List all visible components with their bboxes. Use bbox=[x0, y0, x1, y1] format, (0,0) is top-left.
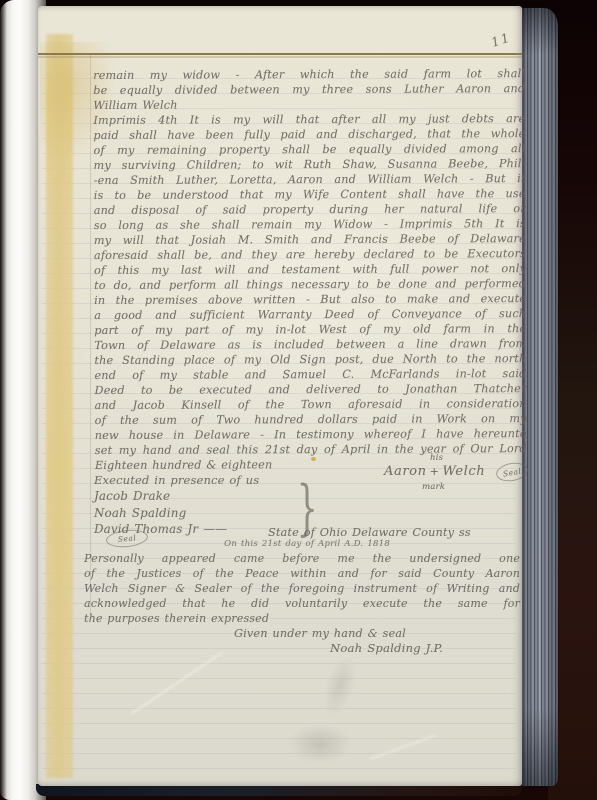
header-rule-line bbox=[38, 53, 522, 55]
his-label: his bbox=[430, 453, 443, 463]
seal-stamp: Seal bbox=[495, 460, 530, 483]
will-body-text: remain my widow - After which the said f… bbox=[93, 66, 527, 473]
jp-seal-annotation: Seal bbox=[105, 528, 149, 549]
justice-signature: Noah Spalding J.P. bbox=[330, 641, 524, 656]
ink-smudge bbox=[288, 724, 352, 764]
text-line: of the Justices of the Peace within and … bbox=[84, 566, 520, 581]
text-line: Personally appeared came before me the u… bbox=[84, 551, 520, 566]
page-number: 11 bbox=[489, 29, 513, 49]
witness-intro: Executed in presence of us bbox=[94, 472, 394, 488]
text-line: the purposes therein expressed bbox=[84, 611, 520, 626]
book-photo: 11 remain my widow - After which the sai… bbox=[0, 0, 597, 800]
signature-name: Aaron+Welch bbox=[384, 464, 485, 479]
text-line: be equally divided between my three sons… bbox=[93, 81, 525, 98]
ledger-page: 11 remain my widow - After which the sai… bbox=[38, 6, 522, 786]
jurat-venue: State of Ohio Delaware County ss bbox=[268, 526, 471, 539]
text-line: acknowledged that he did voluntarily exe… bbox=[84, 596, 520, 611]
text-line: Welch Signer & Sealer of the foregoing i… bbox=[84, 581, 520, 596]
testator-signature: his Aaron+Welch Seal mark bbox=[378, 455, 548, 503]
witness-name: Jacob Drake bbox=[94, 488, 394, 505]
testator-mark: + bbox=[430, 465, 440, 478]
jurat-interlined-date: On this 21st day of April A.D. 1818 bbox=[224, 539, 390, 549]
jurat-section: Seal State of Ohio Delaware County ss On… bbox=[84, 526, 524, 656]
mark-label: mark bbox=[422, 482, 445, 492]
jurat-closing: Given under my hand & seal bbox=[234, 626, 524, 641]
jurat-text: Personally appeared came before me the u… bbox=[84, 551, 520, 626]
witness-name: Noah Spalding bbox=[94, 505, 394, 522]
